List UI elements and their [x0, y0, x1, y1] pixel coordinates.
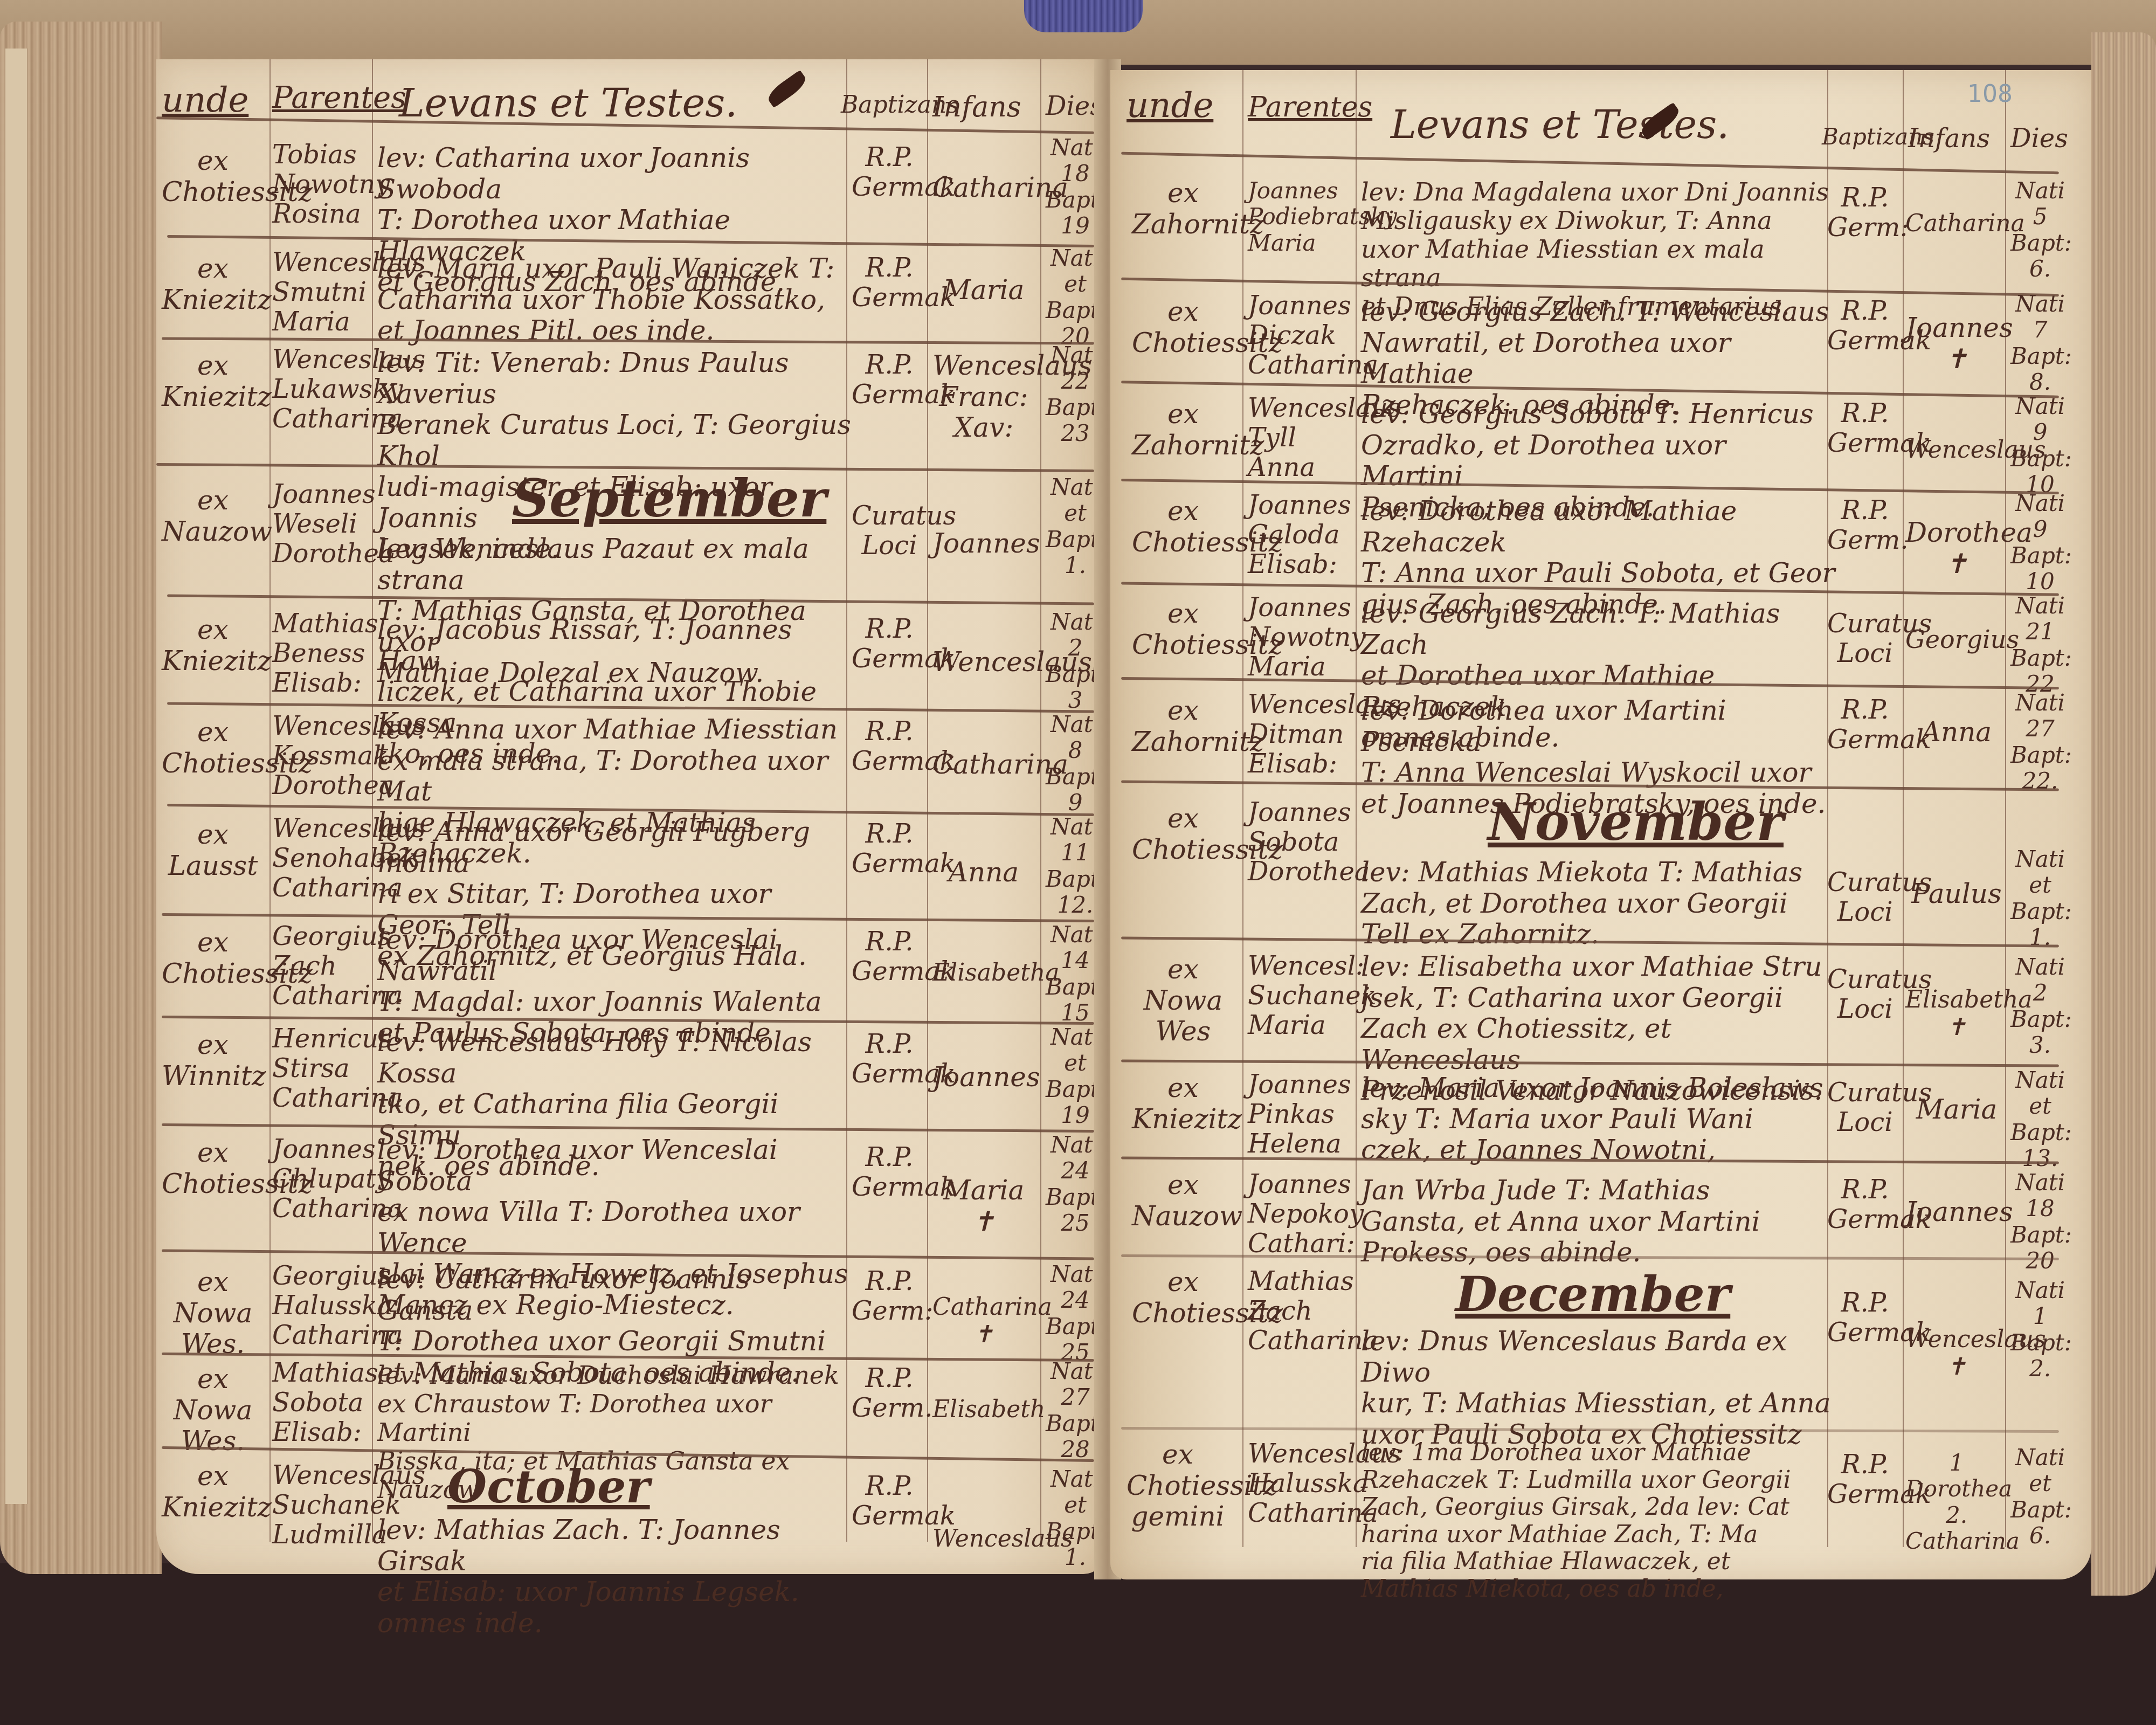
entry-parents: Wenceslaus Halusska Catharina [1248, 1439, 1356, 1529]
entry-godparents: lev: Maria uxor Joannis Boleslaws sky T:… [1361, 1073, 1835, 1166]
entry-infant: Wenceslaus [932, 647, 1035, 678]
entry-baptizer: R.P. Germak [1827, 399, 1903, 458]
entry-infant: Dorothea ✝ [1905, 517, 2008, 579]
entry-origin: ex Winnitz [162, 1030, 264, 1092]
entry-parents: Wenceslaus Kossmak Dorothea [272, 712, 380, 801]
entry-infant: Georgius [1905, 625, 2008, 654]
header-rule [1121, 152, 2059, 174]
entry-origin: ex Nauzow [1132, 1170, 1234, 1232]
entry-parents: Joannes Pinkas Helena [1248, 1070, 1356, 1160]
entry-baptizer: R.P. Germ: [852, 1267, 927, 1326]
entry-parents: Wenceslaus Senohabek Catharina [272, 814, 380, 903]
entry-origin: ex Kniezitz [162, 1461, 264, 1523]
month-heading-october: October [447, 1461, 650, 1513]
month-heading-september: September [512, 469, 826, 528]
entry-date: Nati et Bapt: 13. [2010, 1067, 2070, 1171]
entry-infant: Catharina ✝ [932, 1294, 1035, 1348]
entry-baptizer: R.P. Germak [852, 615, 927, 674]
entry-infant: Elisabetha ✝ [1905, 986, 2008, 1041]
entry-parents: Joannes Weseli Dorothea [272, 480, 380, 569]
entry-origin: ex Kniezitz [162, 615, 264, 677]
header-unde: unde [162, 81, 248, 121]
entry-baptizer: R.P. Germak [852, 819, 927, 879]
entry-baptizer: R.P. Germak [852, 350, 927, 410]
entry-godparents: lev: Tit: Venerab: Dnus Paulus Xaverius … [377, 348, 852, 565]
entry-date: Nati 2 Bapt: 3. [2010, 954, 2070, 1058]
entry-origin: ex Zahornitz [1132, 178, 1234, 240]
entry-baptizer: R.P. Germak [852, 1472, 927, 1531]
entry-origin: ex Nauzow [162, 485, 264, 547]
entry-parents: Wenceslaus Ditman Elisab: [1248, 690, 1356, 779]
entry-baptizer: R.P. Germak [1827, 1288, 1903, 1348]
entry-origin: ex Chotiessitz [1132, 296, 1234, 358]
entry-infant: Paulus [1905, 879, 2008, 910]
entry-infant: Wenceslaus ✝ [1905, 1326, 2008, 1381]
entry-godparents: lev: Mathias Zach. T: Joannes Girsak et … [377, 1515, 852, 1639]
header-levans-et-testes: Levans et Testes. [399, 81, 737, 126]
entry-baptizer: R.P. Germak [852, 1030, 927, 1089]
entry-infant: Wenceslaus Franc: Xav: [932, 350, 1035, 444]
entry-date: Nati 21 Bapt: 22 [2010, 593, 2070, 697]
right-page: 108 unde Parentes Levans et Testes. Bapt… [1110, 70, 2091, 1579]
entry-parents: Wencesl: Suchanek Maria [1248, 951, 1356, 1041]
entry-origin: ex Nowa Wes [1132, 954, 1234, 1047]
entry-origin: ex Chotiessitz [162, 1137, 264, 1199]
entry-baptizer: Curatus Loci [1827, 868, 1903, 927]
entry-parents: Georgius Halusska Catharina [272, 1261, 380, 1351]
header-unde: unde [1127, 86, 1213, 126]
entry-infant: Catharina [932, 172, 1035, 204]
entry-parents: Mathias Zach Catharina [1248, 1267, 1356, 1356]
entry-godparents: lev: 1ma Dorothea uxor Mathiae Rzehaczek… [1361, 1439, 1835, 1603]
entry-parents: Joannes Sobota Dorothea [1248, 798, 1356, 887]
entry-parents: Joannes Podiebratsky Maria [1248, 178, 1356, 256]
entry-parents: Joannes Galoda Elisab: [1248, 491, 1356, 580]
entry-origin: ex Chotiessitz [162, 146, 264, 208]
entry-baptizer: R.P. Germak [1827, 296, 1903, 356]
entry-date: Nati 5 Bapt: 6. [2010, 178, 2070, 282]
entry-baptizer: R.P. Germak [1827, 695, 1903, 755]
header-dies: Dies [2010, 124, 2068, 154]
entry-date: Nati 27 Bapt: 22. [2010, 690, 2070, 794]
entry-infant: 1 Dorothea 2. Catharina [1905, 1450, 2008, 1554]
entry-baptizer: R.P. Germ. [852, 1364, 927, 1423]
entry-parents: Georgius Zach Catharina [272, 922, 380, 1011]
entry-origin: ex Chotiessitz [1132, 1267, 1234, 1329]
entry-origin: ex Kniezitz [162, 350, 264, 412]
month-heading-december: December [1455, 1267, 1730, 1323]
header-infans: Infans [932, 92, 1021, 124]
entry-godparents: Jan Wrba Jude T: Mathias Gansta, et Anna… [1361, 1175, 1835, 1268]
header-infans: Infans [1908, 124, 1990, 154]
entry-parents: Henricus Stirsa Catharina [272, 1024, 380, 1114]
entry-baptizer: R.P. Germak [852, 717, 927, 776]
entry-infant: Maria [932, 275, 1035, 306]
entry-baptizer: R.P. Germ: [1827, 183, 1903, 243]
entry-origin: ex Chotiessitz [162, 717, 264, 779]
entry-parents: Wenceslaus Lukawsky Catharina [272, 345, 380, 434]
entry-parents: Mathias Sobota Elisab: [272, 1358, 380, 1448]
bookmark-ribbon [1024, 0, 1143, 32]
header-parentes: Parentes [272, 81, 406, 115]
entry-origin: ex Kniezitz [162, 253, 264, 315]
entry-origin: ex Nowa Wes. [162, 1364, 264, 1457]
entry-infant: Wenceslaus [932, 1526, 1035, 1553]
entry-origin: ex Chotiessitz gemini [1127, 1439, 1229, 1533]
entry-infant: Maria [1905, 1094, 2008, 1126]
entry-infant: Joannes [932, 1062, 1035, 1093]
entry-origin: ex Lausst [162, 819, 264, 881]
entry-infant: Wenceslaus [1905, 437, 2008, 464]
entry-parents: Joannes Chlupaty Catharina [272, 1135, 380, 1224]
entry-infant: Anna [932, 857, 1035, 888]
entry-origin: ex Zahornitz [1132, 695, 1234, 757]
entry-baptizer: R.P. Germak [852, 927, 927, 986]
ink-blot [765, 70, 810, 108]
right-page-stack-edge [2091, 32, 2156, 1596]
header-parentes: Parentes [1248, 92, 1372, 124]
entry-infant: Elisabeth [932, 1396, 1035, 1424]
column-rule [269, 59, 271, 1542]
left-page: unde Parentes Levans et Testes. Baptizan… [156, 59, 1105, 1574]
entry-date: Nati et Bapt: 6. [2010, 1445, 2070, 1549]
month-heading-november: November [1488, 792, 1784, 852]
entry-baptizer: R.P. Germ. [1827, 496, 1903, 555]
entry-parents: Joannes Nowotny Maria [1248, 593, 1356, 682]
entry-baptizer: Curatus Loci [1827, 1078, 1903, 1137]
header-levans-et-testes: Levans et Testes. [1391, 102, 1729, 147]
entry-baptizer: Curatus Loci [1827, 965, 1903, 1024]
entry-infant: Maria ✝ [932, 1175, 1035, 1237]
entry-parents: Joannes Diczak Catharina [1248, 291, 1356, 381]
entry-godparents: lev: Maria uxor Pauli Waniczek T: Cathar… [377, 253, 852, 347]
entry-date: Nati 9 Bapt: 10 [2010, 491, 2070, 595]
entry-origin: ex Nowa Wes. [162, 1267, 264, 1360]
entry-infant: Catharina [1905, 210, 2008, 238]
entry-infant: Catharina [932, 749, 1035, 781]
entry-origin: ex Chotiessitz [162, 927, 264, 989]
folio-number: 108 [1967, 81, 2013, 108]
entry-infant: Joannes ✝ [1905, 313, 2008, 375]
entry-infant: Joannes [932, 528, 1035, 560]
entry-parents: Tobias Nowotny Rosina [272, 140, 380, 230]
entry-baptizer: Curatus Loci [1827, 609, 1903, 668]
entry-baptizer: R.P. Germak [1827, 1450, 1903, 1509]
entry-infant: Anna [1905, 717, 2008, 748]
entry-origin: ex Chotiessitz [1132, 598, 1234, 660]
entry-baptizer: R.P. Germak [852, 253, 927, 313]
entry-baptizer: R.P. Germak [852, 143, 927, 202]
entry-baptizer: R.P. Germak [1827, 1175, 1903, 1234]
entry-date: Nati 7 Bapt: 8. [2010, 291, 2070, 395]
entry-origin: ex Zahornitz [1132, 399, 1234, 461]
entry-parents: Joannes Nepokoy Cathari: [1248, 1170, 1356, 1259]
entry-parents: Wenceslaus Smutni Maria [272, 248, 380, 337]
entry-infant: Elisabetha [932, 960, 1035, 987]
entry-parents: Wenceslaus Tyll Anna [1248, 394, 1356, 483]
entry-baptizer: R.P. Germak [852, 1143, 927, 1202]
left-fore-edge [5, 49, 28, 1504]
entry-date: Nati 1 Bapt: 2. [2010, 1278, 2070, 1382]
entry-origin: ex Chotiessitz [1132, 803, 1234, 865]
entry-date: Nati et Bapt: 1. [2010, 846, 2070, 950]
entry-baptizer: Curatus Loci [852, 501, 927, 561]
entry-origin: ex Kniezitz [1132, 1073, 1234, 1135]
entry-infant: Joannes [1905, 1197, 2008, 1228]
entry-godparents: lev: Mathias Miekota T: Mathias Zach, et… [1361, 857, 1835, 950]
entry-parents: Wenceslaus Suchanek Ludmilla [272, 1461, 380, 1550]
entry-date: Nati 9 Bapt: 10 [2010, 394, 2070, 498]
entry-parents: Mathias Beness Elisab: [272, 609, 380, 699]
entry-origin: ex Chotiessitz [1132, 496, 1234, 558]
